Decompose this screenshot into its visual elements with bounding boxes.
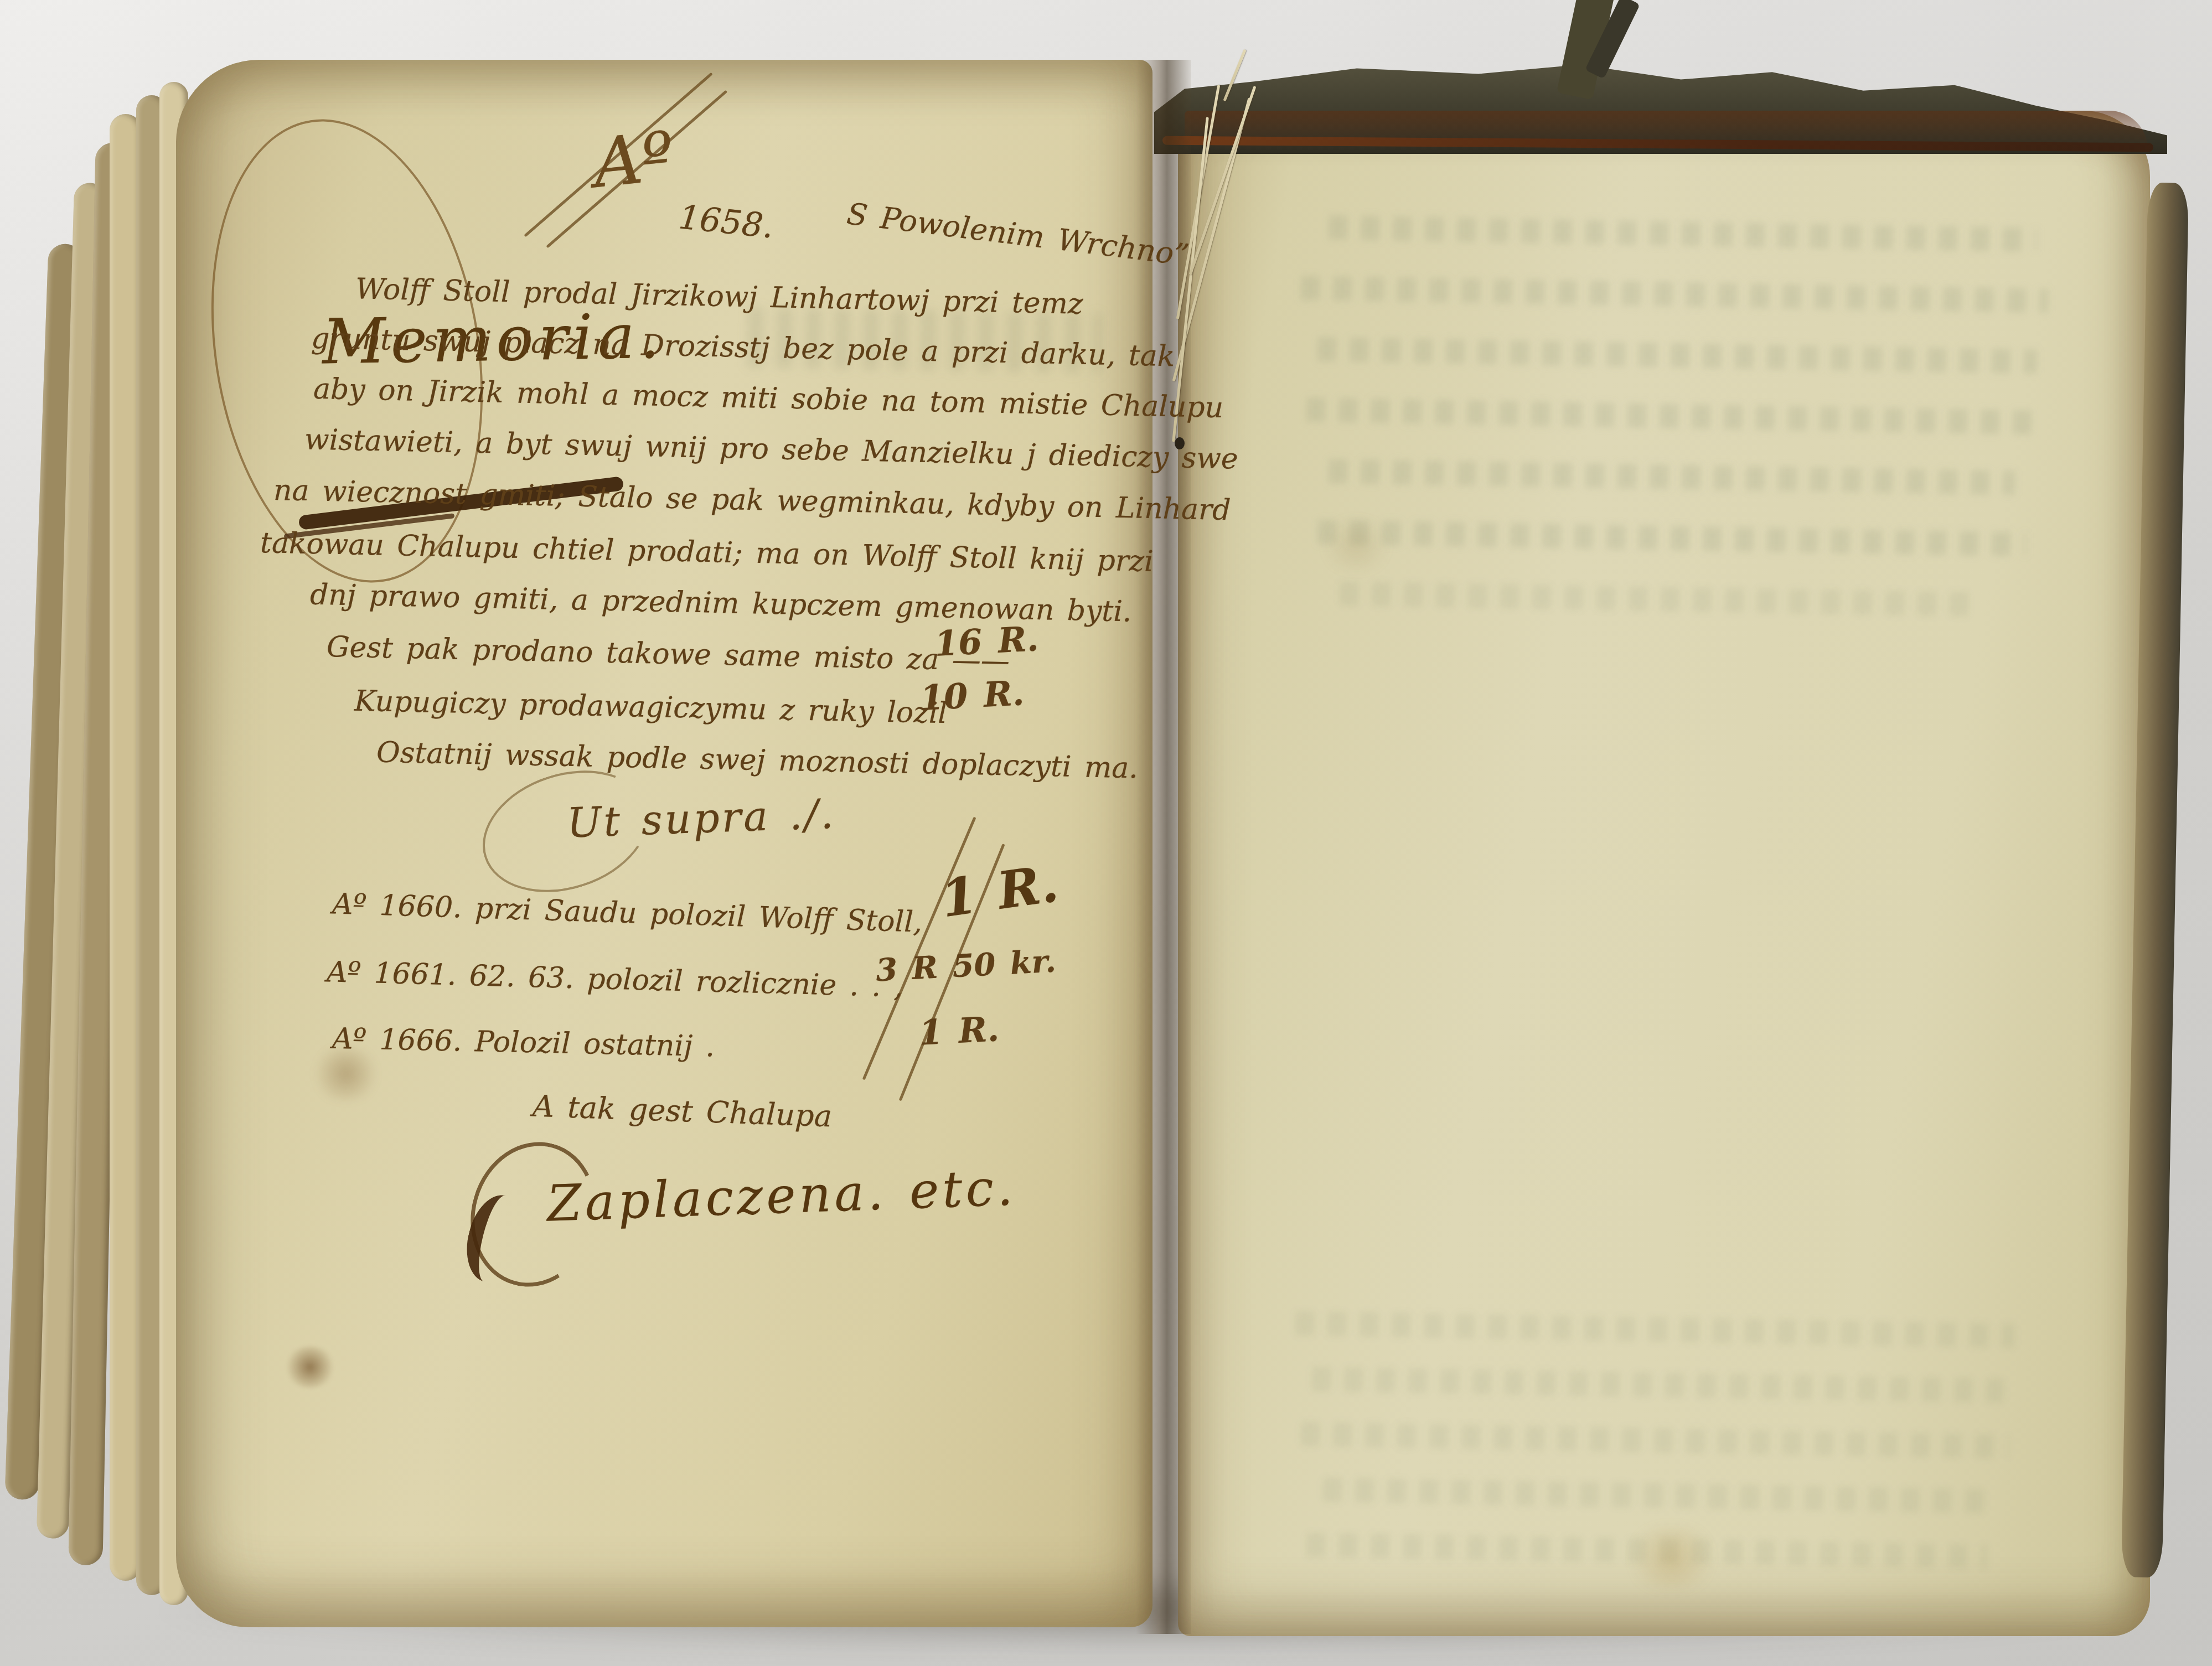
amount-value: 10 R. (919, 672, 1025, 718)
paper-stain (1317, 520, 1395, 570)
anno-mark: Aº (590, 117, 678, 203)
manuscript-photo: { "left_page": { "heading": "Memoria.", … (0, 0, 2212, 1666)
paper-stain (1622, 1528, 1722, 1589)
ut-supra: Ut supra ./. (566, 790, 836, 847)
amount-value: 1 R. (918, 1008, 1000, 1053)
ink-stain (283, 1346, 337, 1388)
amount-value: 16 R. (933, 618, 1040, 664)
